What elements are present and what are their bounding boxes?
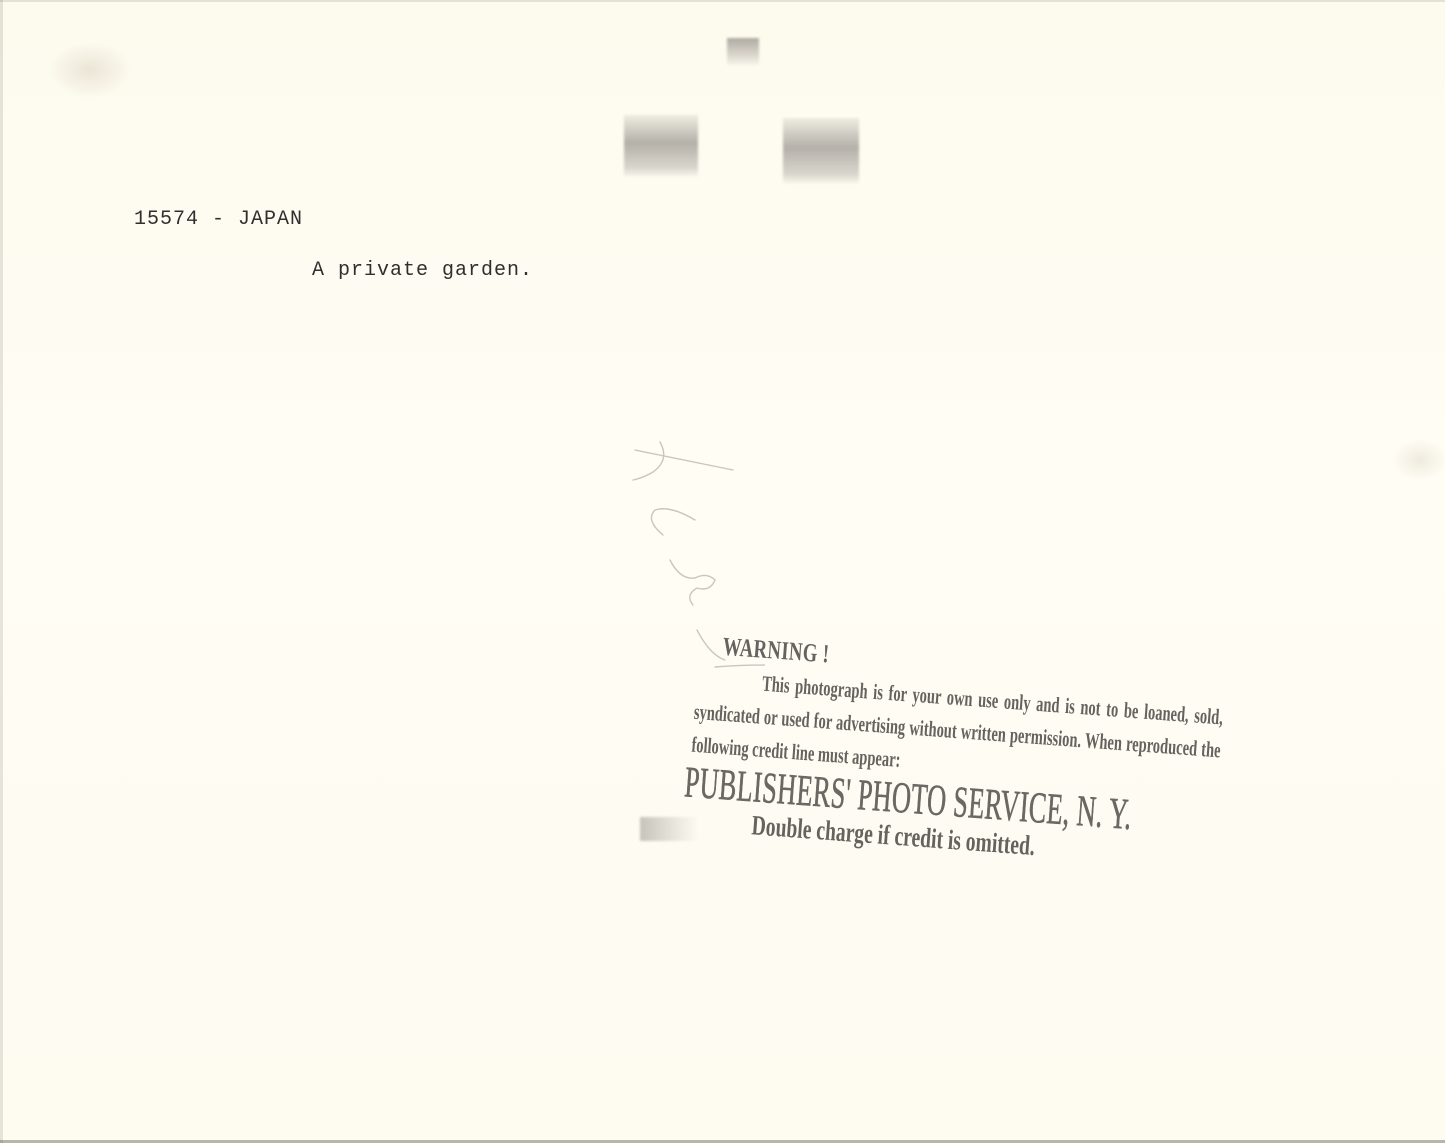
tape-residue-left <box>624 115 698 177</box>
catalog-id-line: 15574 - JAPAN <box>134 208 303 231</box>
photo-caption: A private garden. <box>312 259 533 282</box>
warning-stamp: WARNING ! This photograph is for your ow… <box>685 630 1259 878</box>
tape-residue-right <box>783 118 859 184</box>
tape-residue-top <box>727 38 759 66</box>
